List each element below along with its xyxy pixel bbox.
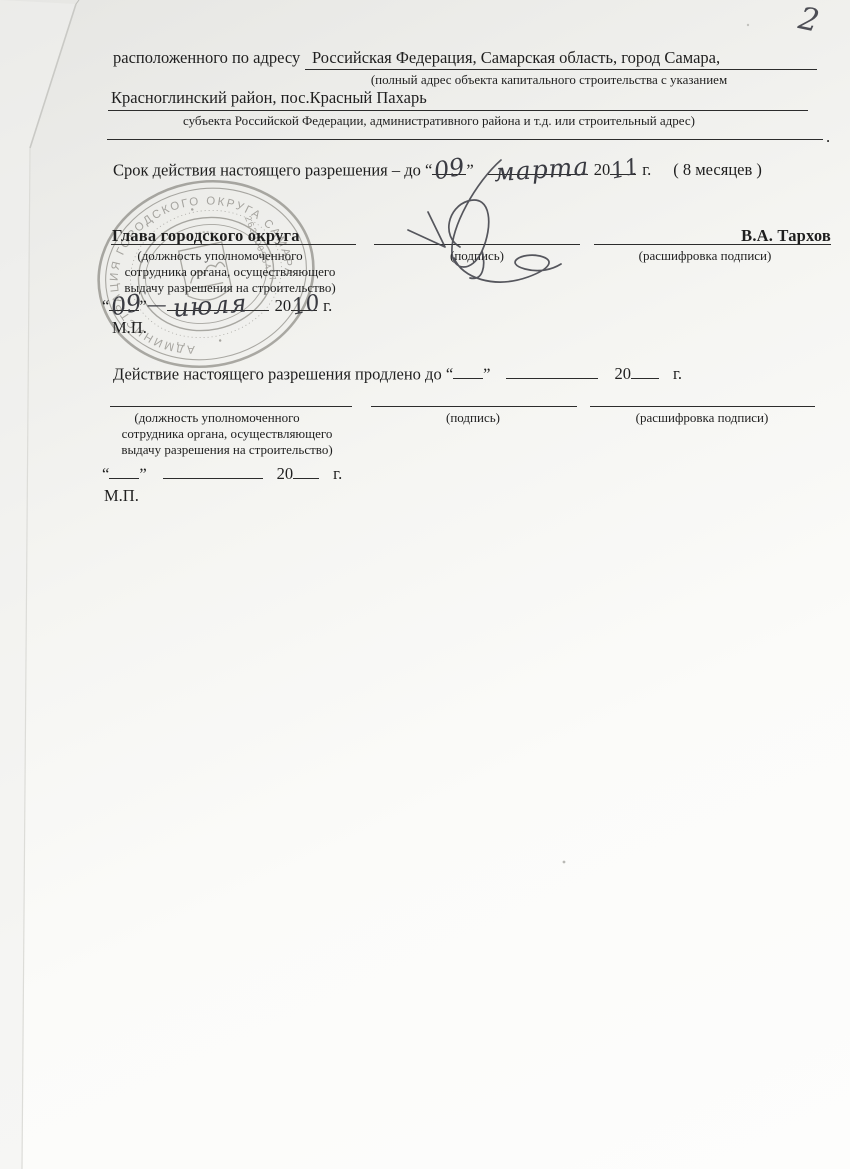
validity-day-blank: 09 <box>432 157 466 175</box>
extension-position-line <box>110 406 352 407</box>
extension-name-line <box>590 406 815 407</box>
handwritten-year: 11 <box>609 157 641 184</box>
issue-year-suffix: г. <box>323 296 332 315</box>
validity-prefix: Срок действия настоящего разрешения – до <box>113 160 421 179</box>
name-line <box>594 244 831 245</box>
extension-close-quote: ” <box>483 364 490 383</box>
validity-year-prefix: 20 <box>594 160 611 179</box>
extension-date-month-blank <box>163 461 263 479</box>
extension-row: Действие настоящего разрешения продлено … <box>113 361 682 385</box>
extension-caption-position-1: (должность уполномоченного <box>112 410 322 426</box>
caption-position-2: сотрудника органа, осуществляющего <box>105 264 355 280</box>
extension-date-year-prefix: 20 <box>277 464 294 483</box>
address-trailing-period: . <box>826 126 830 147</box>
extension-caption-name: (расшифровка подписи) <box>602 410 802 426</box>
extension-date-day-blank <box>109 461 139 479</box>
issue-year-blank: 10 <box>291 293 317 311</box>
address-underline-3 <box>107 139 823 140</box>
address-value-line2: Красноглинский район, пос.Красный Пахарь <box>111 87 427 108</box>
issue-date-row: “09”—июля2010г. <box>102 293 332 317</box>
validity-year-blank: 11 <box>610 157 636 175</box>
extension-seal-mark: М.П. <box>104 485 139 506</box>
position-line <box>111 244 356 245</box>
extension-date-open-quote: “ <box>102 464 109 483</box>
extension-year-blank <box>631 361 659 379</box>
caption-name: (расшифровка подписи) <box>610 248 800 264</box>
extension-caption-position-3: выдачу разрешения на строительство) <box>102 442 352 458</box>
handwritten-day: 09 <box>433 156 467 183</box>
seal-mark: М.П. <box>112 317 147 338</box>
scanned-document-page: АДМИНИСТРАЦИЯ ГОРОДСКОГО ОКРУГА САМАРА 2… <box>0 0 850 1169</box>
address-caption-1: (полный адрес объекта капитального строи… <box>349 72 749 88</box>
handwritten-issue-year: 10 <box>290 293 322 320</box>
validity-row: Срок действия настоящего разрешения – до… <box>113 157 762 181</box>
extension-date-row: “”20г. <box>102 461 342 485</box>
address-label: расположенного по адресу <box>113 47 300 68</box>
extension-caption-signature: (подпись) <box>410 410 536 426</box>
caption-signature: (подпись) <box>414 248 540 264</box>
address-underline-1 <box>305 69 817 70</box>
validity-month-blank: марта <box>488 157 588 175</box>
document-content: 2 расположенного по адресу Российская Фе… <box>0 0 850 1169</box>
issue-year-prefix: 20 <box>275 296 292 315</box>
extension-month-blank <box>506 361 598 379</box>
extension-caption-position-2: сотрудника органа, осуществляющего <box>102 426 352 442</box>
extension-year-suffix: г. <box>673 364 682 383</box>
handwritten-issue-month: июля <box>172 293 248 320</box>
signature-line <box>374 244 580 245</box>
issue-date-open-quote: “ <box>102 296 109 315</box>
issue-month-blank: июля <box>167 293 269 311</box>
caption-position-1: (должность уполномоченного <box>115 248 325 264</box>
validity-duration-note: ( 8 месяцев ) <box>673 160 762 179</box>
extension-date-year-blank <box>293 461 319 479</box>
signer-name: В.А. Тархов <box>741 225 831 246</box>
address-underline-2 <box>108 110 808 111</box>
address-value-line1: Российская Федерация, Самарская область,… <box>312 47 720 68</box>
extension-day-blank <box>453 361 483 379</box>
handwritten-dash: — <box>147 293 167 315</box>
issue-date-close-quote: ” <box>139 296 146 315</box>
extension-open-quote: “ <box>446 364 453 383</box>
extension-prefix: Действие настоящего разрешения продлено … <box>113 364 442 383</box>
handwritten-page-number: 2 <box>795 0 822 39</box>
handwritten-month: марта <box>493 156 590 185</box>
validity-open-quote: “ <box>425 160 432 179</box>
validity-year-suffix: г. <box>642 160 651 179</box>
validity-close-quote: ” <box>466 160 473 179</box>
extension-date-close-quote: ” <box>139 464 146 483</box>
extension-signature-line <box>371 406 577 407</box>
signer-position-title: Глава городского округа <box>112 225 300 246</box>
issue-day-blank: 09 <box>109 293 139 311</box>
address-caption-2: субъекта Российской Федерации, администр… <box>183 113 695 129</box>
extension-year-prefix: 20 <box>614 364 631 383</box>
extension-date-year-suffix: г. <box>333 464 342 483</box>
